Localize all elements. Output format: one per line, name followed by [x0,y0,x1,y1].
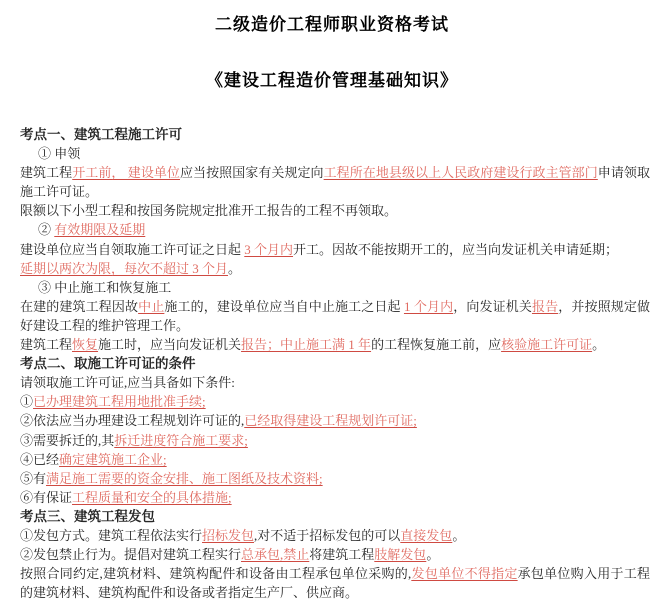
highlight-run: 确定建筑施工企业; [59,452,167,467]
highlight-run: 1 个月内 [404,299,453,314]
text-run: ②发包禁止行为。提倡对建筑工程实行 [20,547,241,562]
paragraph-line: 建筑工程开工前， 建设单位应当按照国家有关规定向工程所在地县级以上人民政府建设行… [20,163,650,201]
highlight-run: 有效期限及延期 [54,222,145,237]
text-run: 应当按照国家有关规定向 [180,165,324,180]
highlight-run: 招标发包 [202,528,254,543]
highlight-run: 满足施工需要的资金安排、施工图纸及技术资料; [46,471,323,486]
highlight-run: 肢解发包 [374,547,426,562]
highlight-run: 拆迁进度符合施工要求; [114,433,248,448]
document-title: 二级造价工程师职业资格考试 [0,0,664,36]
text-run: ，向发证机关 [453,299,532,314]
paragraph-line: 建筑工程恢复施工时，应当向发证机关报告；中止施工满 1 年的工程恢复施工前，应核… [20,335,650,354]
text-run: ④已经 [20,452,59,467]
highlight-run: 3 个月内 [244,242,293,257]
document-subtitle: 《建设工程造价管理基础知识》 [0,70,664,92]
document-body: 考点一、建筑工程施工许可① 申领建筑工程开工前， 建设单位应当按照国家有关规定向… [0,125,664,602]
paragraph-line: ⑥有保证工程质量和安全的具体措施; [20,488,650,507]
highlight-run: 已经取得建设工程规划许可证; [244,413,417,428]
paragraph-line: 限额以下小型工程和按国务院规定批准开工报告的工程不再领取。 [20,201,650,220]
paragraph-line: ② 有效期限及延期 [20,220,650,239]
paragraph-line: ②依法应当办理建设工程规划许可证的,已经取得建设工程规划许可证; [20,411,650,430]
highlight-run: 工程质量和安全的具体措施; [72,490,232,505]
paragraph-line: ②发包禁止行为。提倡对建筑工程实行总承包,禁止将建筑工程肢解发包。 [20,545,650,564]
highlight-run: 发包单位不得指定 [411,566,517,581]
paragraph-line: ①发包方式。建筑工程依法实行招标发包,对不适于招标发包的可以直接发包。 [20,526,650,545]
paragraph-line: ④已经确定建筑施工企业; [20,450,650,469]
text-run: ① [20,394,33,409]
text-run: 考点二、取施工许可证的条件 [20,356,196,371]
text-run: 按照合同约定,建筑材料、建筑构配件和设备由工程承包单位采购的, [20,566,411,581]
document-page: 二级造价工程师职业资格考试 《建设工程造价管理基础知识》 考点一、建筑工程施工许… [0,0,664,608]
text-run: 。 [452,528,465,543]
paragraph-line: 建设单位应当自领取施工许可证之日起 3 个月内开工。因故不能按期开工的，应当向发… [20,240,650,259]
paragraph-line: ①已办理建筑工程用地批准手续; [20,392,650,411]
paragraph-line: 请领取施工许可证,应当具备如下条件: [20,373,650,392]
text-run: 考点三、建筑工程发包 [20,509,155,524]
text-run: ,对不适于招标发包的可以 [254,528,400,543]
paragraph-line: ⑤有满足施工需要的资金安排、施工图纸及技术资料; [20,469,650,488]
text-run: 施工的，建设单位应当自中止施工之日起 [164,299,404,314]
text-run: 在建的建筑工程因故 [20,299,138,314]
highlight-run: 恢复 [72,337,98,352]
highlight-run: 报告；中止施工满 1 年 [241,337,371,352]
highlight-run: 核验施工许可证 [501,337,592,352]
paragraph-line: 按照合同约定,建筑材料、建筑构配件和设备由工程承包单位采购的,发包单位不得指定承… [20,564,650,602]
highlight-run: 工程所在地县级以上人民政府建设行政主管部门 [324,165,598,180]
text-run: 建筑工程 [20,337,72,352]
text-run: ②依法应当办理建设工程规划许可证的, [20,413,244,428]
text-run: ② [38,222,54,237]
highlight-run: 延期以两次为限，每次不超过 3 个月 [20,261,228,276]
text-run: 的工程恢复施工前，应 [371,337,501,352]
text-run: 施工时，应当向发证机关 [98,337,241,352]
text-run: 建设单位应当自领取施工许可证之日起 [20,242,244,257]
section-heading: 考点三、建筑工程发包 [20,507,650,526]
text-run: 。 [228,261,241,276]
text-run: ③ 中止施工和恢复施工 [38,280,171,295]
highlight-run: 已办理建筑工程用地批准手续; [33,394,206,409]
text-run: 开工。因故不能按期开工的，应当向发证机关申请延期； [293,242,618,257]
paragraph-line: ③需要拆迁的,其拆迁进度符合施工要求; [20,431,650,450]
text-run: ③需要拆迁的,其 [20,433,114,448]
text-run: 。 [426,547,439,562]
text-run: ⑥有保证 [20,490,72,505]
text-run: 建筑工程 [20,165,72,180]
text-run: ① 申领 [38,146,80,161]
text-run: 限额以下小型工程和按国务院规定批准开工报告的工程不再领取。 [20,203,397,218]
text-run: 。 [592,337,605,352]
highlight-run: 开工前， 建设单位 [72,165,180,180]
text-run: ⑤有 [20,471,46,486]
highlight-run: 直接发包 [400,528,452,543]
section-heading: 考点二、取施工许可证的条件 [20,354,650,373]
paragraph-line: 延期以两次为限，每次不超过 3 个月。 [20,259,650,278]
paragraph-line: 在建的建筑工程因故中止施工的，建设单位应当自中止施工之日起 1 个月内，向发证机… [20,297,650,335]
text-run: 考点一、建筑工程施工许可 [20,127,182,142]
paragraph-line: ① 申领 [20,144,650,163]
highlight-run: 中止 [138,299,164,314]
paragraph-line: ③ 中止施工和恢复施工 [20,278,650,297]
text-run: 请领取施工许可证,应当具备如下条件: [20,375,235,390]
section-heading: 考点一、建筑工程施工许可 [20,125,650,144]
highlight-run: 总承包,禁止 [241,547,309,562]
highlight-run: 报告 [532,299,558,314]
text-run: ①发包方式。建筑工程依法实行 [20,528,202,543]
text-run: 将建筑工程 [309,547,374,562]
